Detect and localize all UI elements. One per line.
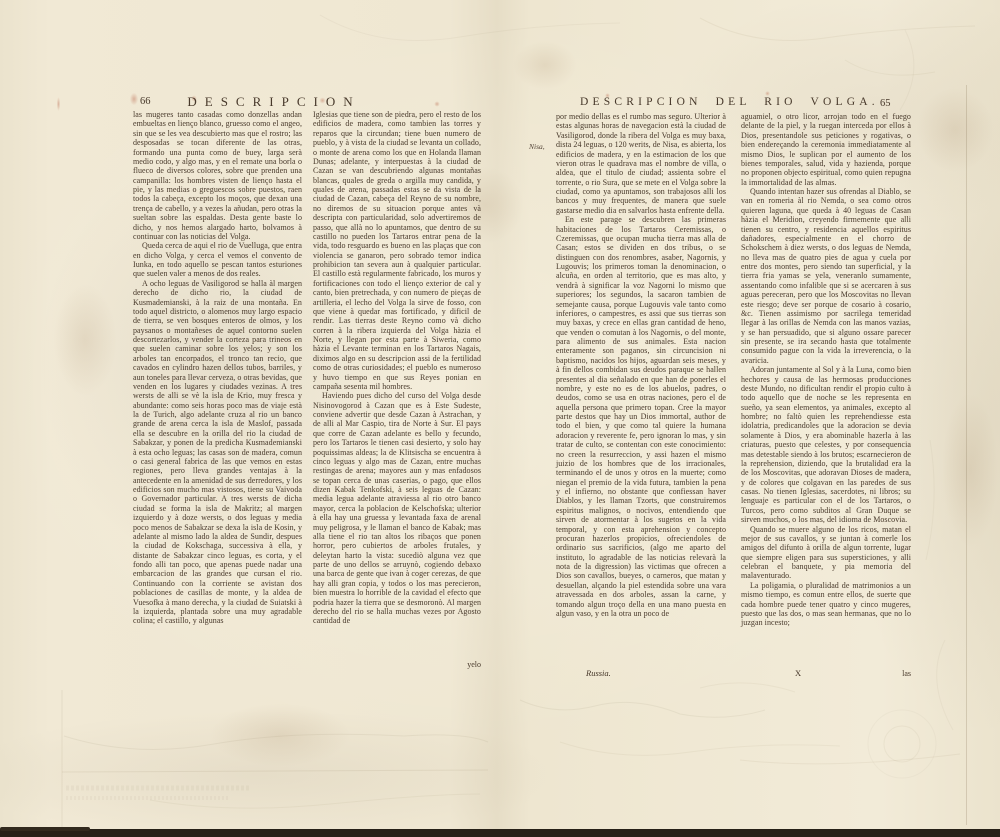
paragraph: Quando intentan hazer sus ofrendas al Di… [741,187,911,365]
running-header-left: DESCRIPCION [158,94,390,110]
signature-word: Russia. [586,668,611,678]
running-header-right: DESCRIPCION DEL RIO VOLGA. [580,96,870,108]
paragraph: Haviendo pues dicho del curso del Volga … [313,391,481,625]
paragraph: Iglesias que tiene son de piedra, pero e… [313,110,481,391]
text-column-3: por medio dellas es el rumbo mas seguro.… [556,112,726,618]
foxing-stain [930,360,1000,580]
foxing-stain [900,70,1000,190]
page-number-right: 65 [880,98,891,109]
text-column-2: Iglesias que tiene son de piedra, pero e… [313,110,481,626]
paragraph: Queda cerca de aqui el rio de Vuelluga, … [133,241,302,279]
scan-bottom-edge [0,829,1000,837]
paragraph: las mugeres tanto casadas como donzellas… [133,110,302,241]
text-column-1: las mugeres tanto casadas como donzellas… [133,110,302,626]
paragraph: A ocho leguas de Vasiligorod se halla àl… [133,279,302,626]
foxing-stain [40,260,130,420]
foxing-stain [500,30,590,100]
signature-mark: X [795,668,801,678]
foxing-stain [180,690,380,780]
paragraph: Quando se muere alguno de los ricos, mat… [741,525,911,581]
paragraph: En este parage se descubren las primeras… [556,215,726,618]
page-number-left: 66 [140,96,151,107]
margin-note: Nisa, [529,142,545,151]
paragraph: por medio dellas es el rumbo mas seguro.… [556,112,726,215]
red-ink-stain [128,90,140,108]
catchword-left-page: yelo [411,660,481,669]
paragraph: aguamiel, o otro licor, arrojan todo en … [741,112,911,187]
page-edge-line [966,85,967,825]
paragraph: La poligamia, o pluralidad de matrimonio… [741,581,911,628]
scan-bottom-edge [0,827,90,831]
red-ink-stain [56,94,61,114]
catchword-right-page: las [841,669,911,678]
red-ink-stain [433,100,441,108]
text-column-4: aguamiel, o otro licor, arrojan todo en … [741,112,911,628]
paragraph: Adoran juntamente al Sol y à la Luna, co… [741,365,911,524]
book-page-spread: 66 DESCRIPCION las mugeres tanto casadas… [0,0,1000,837]
